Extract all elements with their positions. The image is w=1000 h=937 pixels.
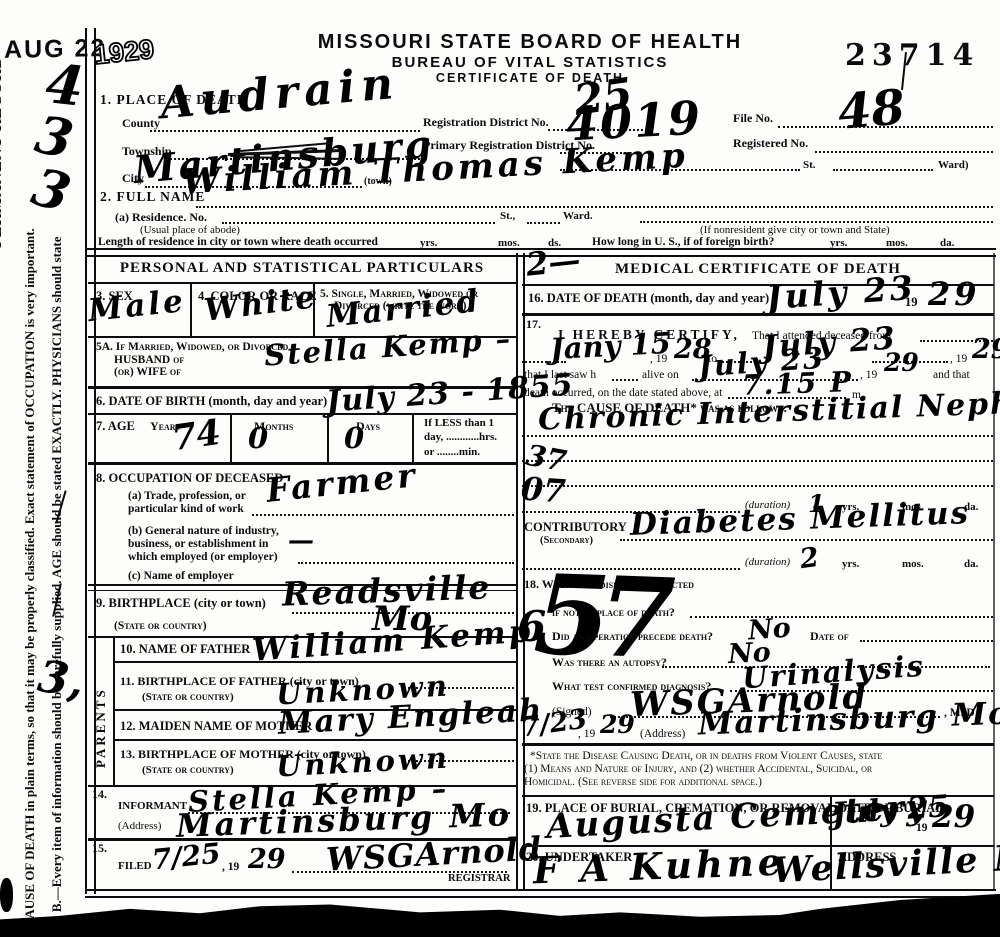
length-mos: mos.: [498, 238, 520, 250]
nonresident-note: (If nonresident give city or town and St…: [700, 225, 890, 237]
birthplace-label: 9. BIRTHPLACE (city or town): [96, 597, 266, 610]
residence-label: (a) Residence. No.: [115, 211, 207, 224]
residence-st-label: St.,: [500, 211, 515, 223]
contributory-label: CONTRIBUTORY: [524, 521, 627, 534]
attended-to-year: 29: [972, 336, 1000, 363]
sex-value: Male: [87, 286, 188, 327]
abode-note: (Usual place of abode): [140, 225, 240, 237]
board-title: MISSOURI STATE BOARD OF HEALTH: [280, 32, 780, 53]
father-name-label: 10. NAME OF FATHER: [120, 643, 250, 656]
age-months-value: 0: [248, 424, 268, 453]
duration2-label: (duration): [745, 557, 790, 569]
residence-ward-label: Ward.: [563, 211, 593, 223]
margin-edge-text: PERMANENT RECORD: [0, 56, 6, 248]
date-of-death-year: 29: [928, 278, 981, 310]
sign-date-19: , 19: [578, 728, 595, 740]
scan-ink-blob: [0, 878, 13, 912]
duration2-da: da.: [964, 559, 978, 571]
occupation-a-line1: (a) Trade, profession, or: [128, 490, 246, 502]
occupation-label: 8. OCCUPATION OF DECEASED: [96, 472, 283, 485]
scrawl-07: 07: [520, 472, 567, 507]
age-years-value: 74: [170, 415, 223, 456]
registered-no-line: [815, 151, 993, 153]
operation-label: Did an operation precede death?: [552, 630, 713, 643]
last-saw-text-1: that I last saw h: [524, 369, 596, 381]
rule-below-dod: [522, 313, 994, 316]
race-marital-divider: [313, 284, 315, 336]
husband-label-1: 5A. If Married, Widowed, or Divorced: [96, 341, 288, 353]
age-less-line1: If LESS than 1: [424, 418, 494, 430]
howlong-yrs: yrs.: [830, 238, 847, 250]
residence-ward-line: [527, 222, 560, 224]
length-residence-label: Length of residence in city or town wher…: [98, 236, 378, 248]
mother-birthplace-state-label: (State or country): [142, 765, 234, 777]
margin-note-line1: N. B.—Every item of information should b…: [50, 236, 64, 928]
filed-number: 15.: [92, 842, 107, 855]
left-column-title: PERSONAL AND STATISTICAL PARTICULARS: [88, 261, 516, 277]
county-label: County: [122, 117, 160, 130]
parents-strip-divider: [113, 637, 115, 786]
occupation-b-line3: which employed (or employer): [128, 551, 278, 563]
cause-line-2: [522, 460, 993, 462]
informant-address-label: (Address): [118, 821, 161, 833]
column-divider: [516, 253, 525, 889]
rule-below-right-title: [522, 284, 994, 286]
sign-date-year: 29: [600, 712, 635, 737]
residence-line: [222, 222, 495, 224]
occupation-b-line: [298, 562, 514, 564]
cause-line-1: [522, 435, 993, 437]
autopsy-label: Was there an autopsy?: [552, 656, 667, 669]
full-name-line: [196, 206, 993, 208]
cause-line-3: [522, 485, 993, 487]
occupation-c-label: (c) Name of employer: [128, 570, 234, 582]
contracted-line: [690, 616, 993, 618]
last-saw-text-2: alive on: [642, 369, 679, 381]
filed-year-value: 29: [248, 846, 286, 873]
date-of-death-label: 16. DATE OF DEATH (month, day and year): [528, 292, 769, 305]
margin-number-3c: 3,: [35, 655, 87, 705]
right-column-title: MEDICAL CERTIFICATE OF DEATH: [522, 262, 994, 278]
margin-number-3b: 3: [27, 161, 76, 221]
age-divider-2: [327, 413, 329, 463]
howlong-da: da.: [940, 238, 954, 250]
nonresident-line: [640, 221, 993, 223]
parents-label: PARENTS: [94, 687, 108, 768]
footnote-line3: Homicidal. (See reverse side for additio…: [524, 776, 762, 788]
age-less-line2: day, ............hrs.: [424, 432, 497, 444]
occupation-a-value: Farmer: [265, 458, 419, 507]
rule-below-age: [88, 462, 516, 465]
filed-label: FILED: [118, 861, 152, 873]
margin-number-3a: 3: [31, 109, 77, 167]
informant-number: 14.: [92, 788, 107, 801]
registrar-label: REGISTRAR: [448, 873, 510, 884]
father-name-value: William Kemp: [251, 616, 534, 667]
howlong-mos: mos.: [886, 238, 908, 250]
filed-date-value: 7/25: [151, 839, 222, 874]
occupation-b-dash: —: [288, 528, 314, 554]
st-ward-line-2: [833, 169, 933, 171]
duration2-yrs: yrs.: [842, 559, 859, 571]
footnote-line2: (1) Means and Nature of Injury, and (2) …: [524, 763, 872, 775]
father-birthplace-state-label: (State or country): [142, 692, 234, 704]
occupation-b-line1: (b) General nature of industry,: [128, 525, 279, 537]
last-saw-year: 29: [884, 350, 919, 375]
age-label: 7. AGE: [96, 420, 135, 433]
county-value: Audrain: [159, 62, 401, 127]
rule-below-father: [114, 661, 516, 663]
sign-address-value: Martinsburg Mo: [698, 699, 1000, 741]
registration-district-label: Registration District No.: [423, 116, 549, 129]
registrar-signature: WSGArnold: [325, 832, 543, 875]
secondary-label: (Secondary): [540, 535, 593, 546]
contributory-value: Diabetes Mellitus: [630, 498, 971, 541]
length-yrs: yrs.: [420, 238, 437, 250]
occupation-b-line2: business, or establishment in: [128, 538, 268, 550]
filed-19: , 19: [222, 861, 239, 873]
registered-no-value: 48: [836, 83, 907, 137]
rule-below-dob: [88, 413, 516, 415]
last-saw-text-3: and that: [933, 369, 970, 381]
sex-race-divider: [190, 284, 192, 336]
operation-date-line: [860, 640, 993, 642]
section-17: 17.: [526, 318, 541, 331]
attended-from-19: , 19: [650, 353, 667, 365]
duration2-mos: mos.: [902, 559, 924, 571]
undertaker-value: F A Kuhne: [532, 844, 785, 890]
last-saw-line-a: [612, 379, 638, 381]
margin-note-line2: CAUSE OF DEATH in plain terms, so that i…: [23, 228, 37, 928]
birthplace-state-label: (State or country): [114, 620, 207, 632]
spouse-value: Stella Kemp –: [263, 324, 513, 370]
occupation-a-line: [252, 514, 514, 516]
certificate-number: 23714: [845, 40, 979, 72]
dob-label: 6. DATE OF BIRTH (month, day and year): [96, 395, 327, 408]
date-of-death-19: 19: [905, 296, 918, 309]
burial-date-year: 29: [932, 802, 975, 833]
contributory-line: [620, 539, 993, 541]
age-less-line3: or ........min.: [424, 447, 480, 459]
age-divider-1: [230, 413, 232, 463]
scan-black-bar: [0, 893, 1000, 937]
duration2-value: 2: [798, 544, 820, 573]
husband-label-3: (or) WIFE of: [114, 366, 181, 378]
year-stamp: 1929: [93, 35, 156, 69]
death-certificate-scan: PERMANENT RECORD N. B.—Every item of inf…: [0, 0, 1000, 937]
st-label: St.: [803, 160, 816, 172]
sign-address-label: (Address): [640, 728, 685, 740]
age-days-value: 0: [344, 424, 364, 453]
ward-label: Ward): [938, 160, 969, 172]
burial-date-19: 19: [916, 822, 928, 834]
rule-below-18: [522, 743, 994, 746]
date-of-death-value: July 23: [765, 271, 917, 314]
last-saw-19: , 19: [860, 369, 877, 381]
operation-date-label: Date of: [810, 630, 849, 643]
occupation-a-line2: particular kind of work: [128, 503, 244, 515]
rule-below-mother: [114, 739, 516, 741]
scrawl-6: 6: [517, 606, 546, 648]
registered-no-label: Registered No.: [733, 137, 808, 150]
attended-to-19: , 19: [950, 353, 967, 365]
husband-label-2: HUSBAND of: [114, 354, 184, 366]
howlong-label: How long in U. S., if of foreign birth?: [592, 236, 774, 248]
file-no-label: File No.: [733, 112, 773, 125]
footnote-line1: *State the Disease Causing Death, or in …: [530, 750, 882, 762]
